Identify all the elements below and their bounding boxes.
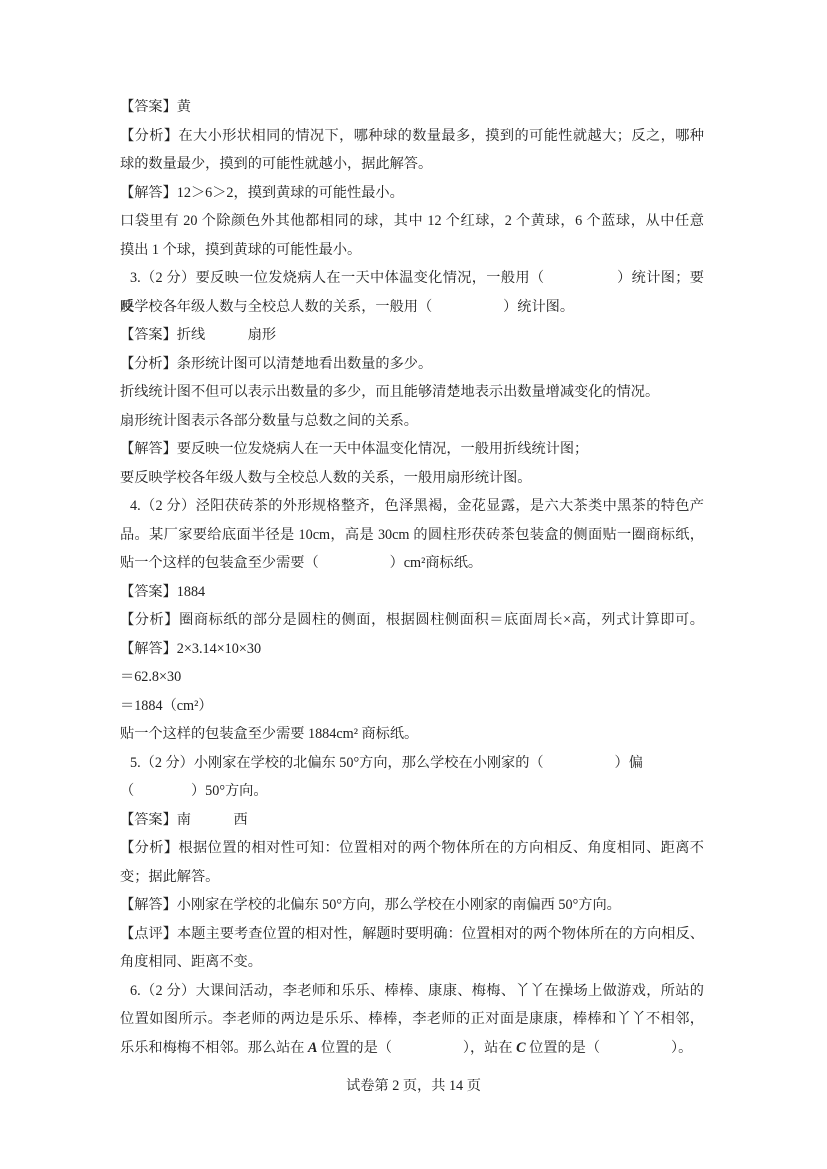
position-label-c: C [516,1040,525,1056]
solution-line: 【解答】小刚家在学校的北偏东 50°方向，那么学校在小刚家的南偏西 50°方向。 [120,891,704,920]
analysis-line: 【分析】根据位置的相对性可知：位置相对的两个物体所在的方向相反、角度相同、距离不 [120,834,704,863]
analysis-line: 【分析】条形统计图可以清楚地看出数量的多少。 [120,350,704,379]
calculation-line: ＝1884（cm²） [120,692,704,721]
question-cont-line: 位置如图所示。李老师的两边是乐乐、棒棒，李老师的正对面是康康，棒棒和丫丫不相邻， [120,1005,704,1034]
answer-line: 【答案】南 西 [120,806,704,835]
answer-line: 【答案】折线 扇形 [120,321,704,350]
page-footer: 试卷第 2 页，共 14 页 [0,1076,827,1096]
question-line: 6.（2 分）大课间活动，李老师和乐乐、棒棒、康康、梅梅、丫丫在操场上做游戏，所… [120,977,704,1006]
analysis-cont-line: 球的数量最少，摸到的可能性就越小，据此解答。 [120,150,704,179]
analysis-cont-line: 扇形统计图表示各部分数量与总数之间的关系。 [120,407,704,436]
question-line: 5.（2 分）小刚家在学校的北偏东 50°方向，那么学校在小刚家的（ ）偏 [120,749,704,778]
conclusion-line: 贴一个这样的包装盒至少需要 1884cm² 商标纸。 [120,720,704,749]
question-2-solution-block: 【答案】黄 【分析】在大小形状相同的情况下，哪种球的数量最多，摸到的可能性就越大… [120,93,704,264]
question-cont-line: 贴一个这样的包装盒至少需要（ ）cm²商标纸。 [120,549,704,578]
calculation-line: ＝62.8×30 [120,663,704,692]
solution-cont-line: 要反映学校各年级人数与全校总人数的关系，一般用扇形统计图。 [120,464,704,493]
text-segment: 乐乐和梅梅不相邻。那么站在 [120,1040,308,1056]
answer-line: 【答案】黄 [120,93,704,122]
question-4-block: 4.（2 分）泾阳茯砖茶的外形规格整齐，色泽黑褐，金花显露，是六大茶类中黑茶的特… [120,492,704,749]
comment-cont-line: 角度相同、距离不变。 [120,948,704,977]
analysis-line: 【分析】圈商标纸的部分是圆柱的侧面，根据圆柱侧面积＝底面周长×高，列式计算即可。 [120,606,704,635]
solution-cont-line: 口袋里有 20 个除颜色外其他都相同的球，其中 12 个红球，2 个黄球，6 个… [120,207,704,236]
comment-line: 【点评】本题主要考查位置的相对性，解题时要明确：位置相对的两个物体所在的方向相反… [120,920,704,949]
analysis-cont-line: 变；据此解答。 [120,863,704,892]
solution-line: 【解答】要反映一位发烧病人在一天中体温变化情况，一般用折线统计图； [120,435,704,464]
solution-line: 【解答】12＞6＞2，摸到黄球的可能性最小。 [120,179,704,208]
analysis-line: 【分析】在大小形状相同的情况下，哪种球的数量最多，摸到的可能性就越大；反之，哪种 [120,122,704,151]
question-3-block: 3.（2 分）要反映一位发烧病人在一天中体温变化情况，一般用（ ）统计图；要反 … [120,264,704,492]
text-segment: 位置的是（ ），站在 [317,1040,516,1056]
analysis-cont-line: 折线统计图不但可以表示出数量的多少，而且能够清楚地表示出数量增减变化的情况。 [120,378,704,407]
solution-line: 【解答】2×3.14×10×30 [120,635,704,664]
question-6-block: 6.（2 分）大课间活动，李老师和乐乐、棒棒、康康、梅梅、丫丫在操场上做游戏，所… [120,977,704,1063]
solution-cont-line: 摸出 1 个球，摸到黄球的可能性最小。 [120,236,704,265]
question-cont-line: 乐乐和梅梅不相邻。那么站在 A 位置的是（ ），站在 C 位置的是（ ）。 [120,1034,704,1063]
question-line: 4.（2 分）泾阳茯砖茶的外形规格整齐，色泽黑褐，金花显露，是六大茶类中黑茶的特… [120,492,704,521]
text-segment: 位置的是（ ）。 [526,1040,693,1056]
question-cont-line: （ ）50°方向。 [120,777,704,806]
exam-answer-page: 【答案】黄 【分析】在大小形状相同的情况下，哪种球的数量最多，摸到的可能性就越大… [120,93,704,1062]
question-cont-line: 品。某厂家要给底面半径是 10cm，高是 30cm 的圆柱形茯砖茶包装盒的侧面贴… [120,521,704,550]
question-cont-line: 映学校各年级人数与全校总人数的关系，一般用（ ）统计图。 [120,293,704,322]
answer-line: 【答案】1884 [120,578,704,607]
question-5-block: 5.（2 分）小刚家在学校的北偏东 50°方向，那么学校在小刚家的（ ）偏 （ … [120,749,704,977]
question-line: 3.（2 分）要反映一位发烧病人在一天中体温变化情况，一般用（ ）统计图；要反 [120,264,704,293]
